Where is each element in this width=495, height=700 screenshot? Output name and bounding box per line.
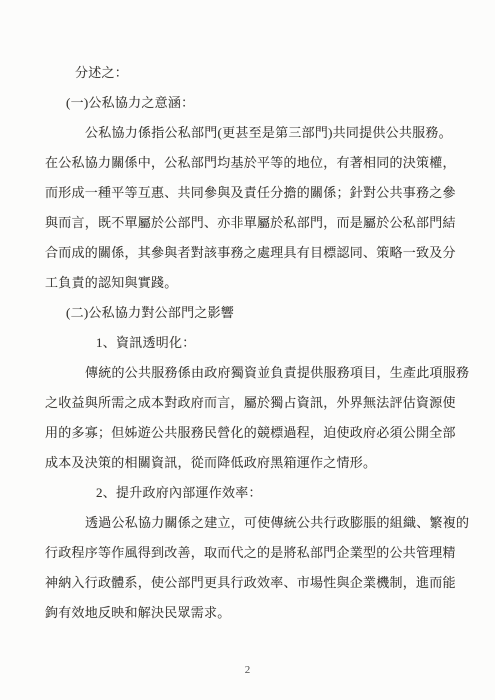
subsection-heading: 1、資訊透明化： [96, 328, 465, 358]
text-line: 公私協力係指公私部門(更甚至是第三部門)共同提供公共服務。 [85, 118, 465, 148]
document-page: 分述之： (一)公私協力之意涵： 公私協力係指公私部門(更甚至是第三部門)共同提… [0, 0, 495, 700]
text-line: 行政程序等作風得到改善，取而代之的是將私部門企業型的公共管理精 [45, 538, 465, 568]
text-line: 而形成一種平等互惠、共同參與及責任分擔的關係；針對公共事務之參 [45, 178, 465, 208]
section-heading: (一)公私協力之意涵： [66, 88, 465, 118]
text-line: 成本及決策的相關資訊，從而降低政府黑箱運作之情形。 [45, 448, 465, 478]
text-line: 與而言，既不單屬於公部門、亦非單屬於私部門，而是屬於公私部門結 [45, 208, 465, 238]
subsection-heading: 2、提升政府內部運作效率： [96, 478, 465, 508]
text-line: 用的多寡；但姊遊公共服務民營化的競標過程，迫使政府必須公開全部 [45, 418, 465, 448]
document-body: 分述之： (一)公私協力之意涵： 公私協力係指公私部門(更甚至是第三部門)共同提… [45, 58, 465, 628]
text-line: 神納入行政體系，使公部門更具行政效率、市場性與企業機制，進而能 [45, 568, 465, 598]
text-line: 鉤有效地反映和解決民眾需求。 [45, 598, 465, 628]
page-number: 2 [0, 662, 495, 678]
text-line: 透過公私協力關係之建立，可使傳統公共行政膨脹的組織、繁複的 [85, 508, 465, 538]
text-line: 工負責的認知與實踐。 [45, 268, 465, 298]
section-heading: (二)公私協力對公部門之影響 [66, 298, 465, 328]
text-line: 合而成的關係，其參與者對該事務之處理具有目標認同、策略一致及分 [45, 238, 465, 268]
text-line: 在公私協力關係中，公私部門均基於平等的地位，有著相同的決策權， [45, 148, 465, 178]
text-line: 傳統的公共服務係由政府獨資並負責提供服務項目，生產此項服務 [85, 358, 465, 388]
text-line: 分述之： [75, 58, 465, 88]
text-line: 之收益與所需之成本對政府而言，屬於獨占資訊，外界無法評估資源使 [45, 388, 465, 418]
